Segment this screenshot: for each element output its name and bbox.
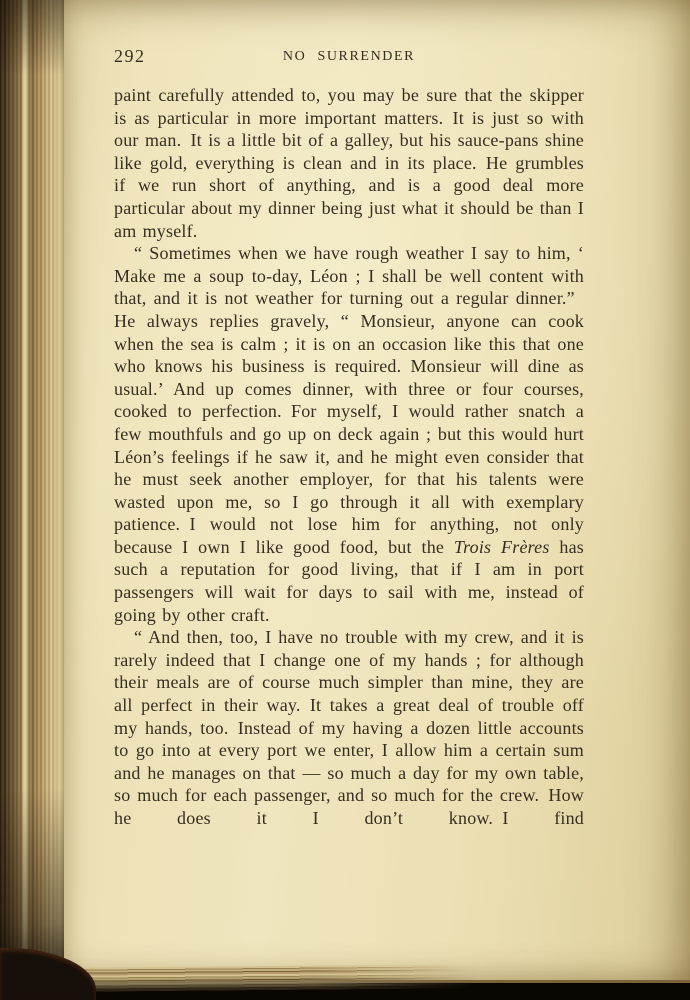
paragraph: paint carefully attended to, you may be … (114, 84, 584, 242)
page-text: paint carefully attended to, you may be … (114, 84, 584, 830)
text-segment: “ And then, too, I have no trouble with … (114, 627, 584, 828)
text-segment: paint carefully attended to, you may be … (114, 85, 584, 241)
page-header: 292 NO SURRENDER (114, 46, 584, 66)
running-header: NO SURRENDER (114, 49, 584, 65)
paragraph: “ Sometimes when we have rough weather I… (114, 242, 584, 626)
italic-text-segment: Trois Frères (454, 537, 550, 557)
book-scan-photo: 292 NO SURRENDER paint carefully attende… (0, 0, 690, 1000)
book-bottom-page-edges (56, 964, 486, 992)
paragraph: “ And then, too, I have no trouble with … (114, 626, 584, 829)
book-fore-edge-pages (0, 0, 64, 962)
text-segment: “ Sometimes when we have rough weather I… (114, 243, 584, 557)
